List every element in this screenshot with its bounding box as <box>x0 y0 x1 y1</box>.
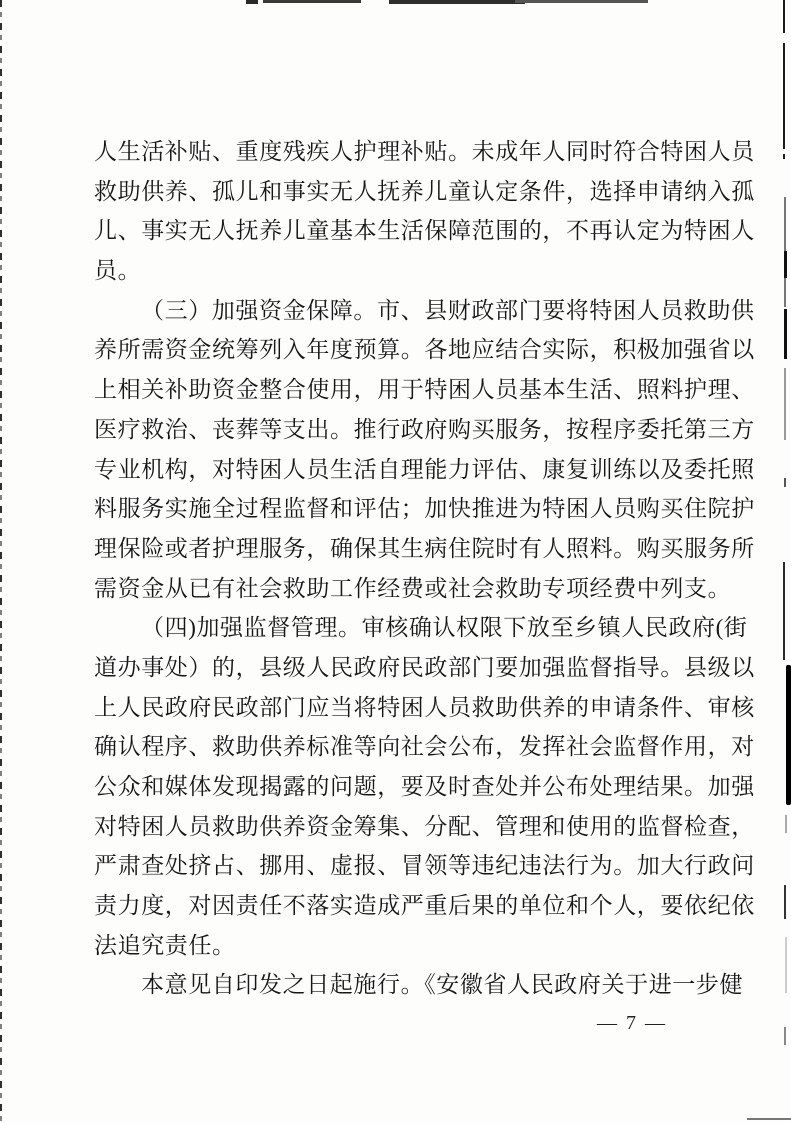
text-line: 公众和媒体发现揭露的问题，要及时查处并公布处理结果。加强 <box>94 767 706 807</box>
scan-artifact-right-edge <box>784 251 787 278</box>
scan-artifact-right-edge <box>784 309 787 359</box>
text-line: 料服务实施全过程监督和评估；加快推进为特困人员购买住院护 <box>94 489 706 529</box>
text-line: （四)加强监督管理。审核确认权限下放至乡镇人民政府(街 <box>94 608 706 648</box>
text-line: 本意见自印发之日起施行。《安徽省人民政府关于进一步健 <box>94 965 706 1005</box>
document-body-text: 人生活补贴、重度残疾人护理补贴。未成年人同时符合特困人员救助供养、孤儿和事实无人… <box>94 132 706 1005</box>
scan-artifact-top-edge <box>515 0 648 3</box>
text-line: 上人民政府民政部门应当将特困人员救助供养的申请条件、审核 <box>94 688 706 728</box>
scan-artifact-right-edge <box>784 368 786 440</box>
text-line: 责力度，对因责任不落实造成严重后果的单位和个人，要依纪依 <box>94 886 706 926</box>
text-line: 严肃查处挤占、挪用、虚报、冒领等违纪违法行为。加大行政问 <box>94 846 706 886</box>
text-line: 道办事处）的，县级人民政府民政部门要加强监督指导。县级以 <box>94 648 706 688</box>
scan-artifact-top-edge <box>246 0 258 4</box>
scan-artifact-top-edge <box>263 0 361 3</box>
text-line: 专业机构，对特困人员生活自理能力评估、康复训练以及委托照 <box>94 450 706 490</box>
text-line: 养所需资金统筹列入年度预算。各地应结合实际，积极加强省以 <box>94 330 706 370</box>
scan-artifact-right-edge <box>785 937 787 993</box>
text-line: 医疗救治、丧葬等支出。推行政府购买服务，按程序委托第三方 <box>94 410 706 450</box>
text-line: 法追究责任。 <box>94 926 706 966</box>
text-line: 确认程序、救助供养标准等向社会公布，发挥社会监督作用，对 <box>94 727 706 767</box>
scan-artifact-right-edge <box>783 43 785 149</box>
text-line: 人生活补贴、重度残疾人护理补贴。未成年人同时符合特困人员 <box>94 132 706 172</box>
text-line: （三）加强资金保障。市、县财政部门要将特困人员救助供 <box>94 291 706 331</box>
scan-artifact-right-edge <box>783 562 785 660</box>
scan-artifact-right-edge <box>785 815 787 833</box>
scan-artifact-right-edge <box>783 0 785 33</box>
text-line: 救助供养、孤儿和事实无人抚养儿童认定条件，选择申请纳入孤 <box>94 172 706 212</box>
text-line: 理保险或者护理服务，确保其生病住院时有人照料。购买服务所 <box>94 529 706 569</box>
text-line: 需资金从已有社会救助工作经费或社会救助专项经费中列支。 <box>94 569 706 609</box>
text-line: 员。 <box>94 251 706 291</box>
scan-artifact-right-edge <box>784 1027 786 1045</box>
text-line: 对特困人员救助供养资金筹集、分配、管理和使用的监督检查， <box>94 807 706 847</box>
scan-artifact-bottom-edge <box>747 1118 791 1120</box>
scan-artifact-right-edge-blob <box>786 665 791 805</box>
text-line: 上相关补助资金整合使用，用于特困人员基本生活、照料护理、 <box>94 370 706 410</box>
scanned-page: 人生活补贴、重度残疾人护理补贴。未成年人同时符合特困人员救助供养、孤儿和事实无人… <box>0 0 791 1123</box>
page-number: — 7 — <box>597 1008 667 1038</box>
scan-artifact-right-edge <box>784 885 786 919</box>
text-line: 儿、事实无人抚养儿童基本生活保障范围的，不再认定为特困人 <box>94 211 706 251</box>
scan-artifact-top-edge <box>389 0 525 4</box>
scan-artifact-right-edge <box>783 154 785 159</box>
scan-artifact-left-edge <box>0 0 2 1123</box>
scan-artifact-right-edge <box>784 478 786 487</box>
